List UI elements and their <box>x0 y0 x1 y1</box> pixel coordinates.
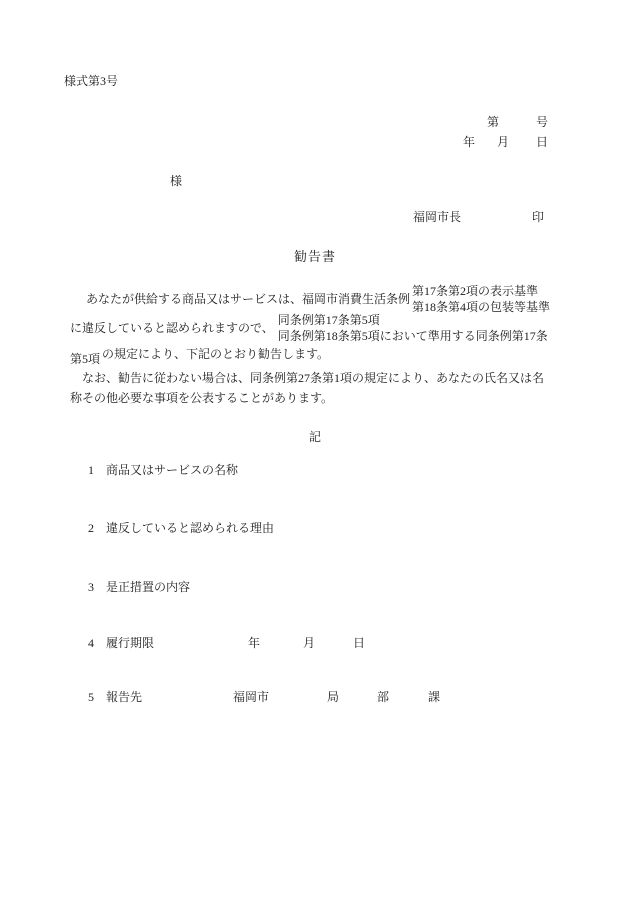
deadline-day-label: 日 <box>353 635 365 651</box>
alternative-option: 第17条第2項の表示基準 <box>412 283 550 299</box>
document-page: 様式第3号 第 号 年 月 日 様 福岡市長 印 勧告書 あなたが供給する商品又… <box>0 0 630 903</box>
paragraph1-line2-main: に違反していると認められますので、 <box>70 320 274 336</box>
addressee-honorific: 様 <box>170 173 182 189</box>
paragraph1-line1: あなたが供給する商品又はサービスは、福岡市消費生活条例 第17条第2項の表示基準… <box>86 283 550 315</box>
paragraph1-line2: に違反していると認められますので、 同条例第17条第5項 同条例第18条第5項に… <box>70 312 548 344</box>
alternative-option: 同条例第17条第5項 <box>278 312 548 328</box>
document-title: 勧告書 <box>0 249 630 265</box>
doc-number-suffix: 号 <box>536 114 548 130</box>
list-item-3: 3 是正措置の内容 <box>0 579 630 595</box>
list-item-2: 2 違反していると認められる理由 <box>0 520 630 536</box>
item-number: 1 <box>88 462 94 478</box>
item-label: 商品又はサービスの名称 <box>106 462 238 478</box>
report-to-city-label: 福岡市 <box>233 689 269 705</box>
list-item-5: 5 報告先 福岡市 局 部 課 <box>0 689 630 705</box>
doc-number-prefix: 第 <box>487 114 499 130</box>
paragraph2-line2: 称その他必要な事項を公表することがあります。 <box>70 388 544 408</box>
sender-title: 福岡市長 <box>413 209 461 225</box>
sender-seal-mark: 印 <box>532 209 544 225</box>
alternative-option: 同条例第18条第5項において準用する同条例第17条 <box>278 328 548 344</box>
paragraph2-line1: なお、勧告に従わない場合は、同条例第27条第1項の規定により、あなたの氏名又は名 <box>70 368 544 388</box>
item-label: 報告先 <box>106 689 142 705</box>
item-number: 5 <box>88 689 94 705</box>
item-number: 3 <box>88 579 94 595</box>
report-to-section-label: 課 <box>428 689 440 705</box>
paragraph1-line3: 第5項 の規定により、下記のとおり勧告します。 <box>70 346 329 362</box>
item-number: 4 <box>88 635 94 651</box>
item-label: 違反していると認められる理由 <box>106 520 274 536</box>
list-item-1: 1 商品又はサービスの名称 <box>0 462 630 478</box>
alternative-option-continuation: 第5項 <box>70 351 100 367</box>
list-item-4: 4 履行期限 年 月 日 <box>0 635 630 651</box>
paragraph1-line1-alternatives: 第17条第2項の表示基準 第18条第4項の包装等基準 <box>412 283 550 315</box>
paragraph1-line2-alternatives: 同条例第17条第5項 同条例第18条第5項において準用する同条例第17条 <box>278 312 548 344</box>
ki-heading: 記 <box>0 429 630 445</box>
item-label: 履行期限 <box>106 635 154 651</box>
deadline-year-label: 年 <box>248 635 260 651</box>
paragraph1-line3-main: の規定により、下記のとおり勧告します。 <box>102 346 329 362</box>
report-to-department-label: 部 <box>377 689 389 705</box>
item-label: 是正措置の内容 <box>106 579 190 595</box>
date-year-label: 年 <box>463 134 475 150</box>
report-to-bureau-label: 局 <box>327 689 339 705</box>
item-number: 2 <box>88 520 94 536</box>
paragraph1-line1-main: あなたが供給する商品又はサービスは、福岡市消費生活条例 <box>86 291 410 307</box>
date-day-label: 日 <box>536 134 548 150</box>
deadline-month-label: 月 <box>303 635 315 651</box>
date-month-label: 月 <box>497 134 509 150</box>
paragraph2: なお、勧告に従わない場合は、同条例第27条第1項の規定により、あなたの氏名又は名… <box>70 368 544 408</box>
form-number: 様式第3号 <box>64 73 118 89</box>
